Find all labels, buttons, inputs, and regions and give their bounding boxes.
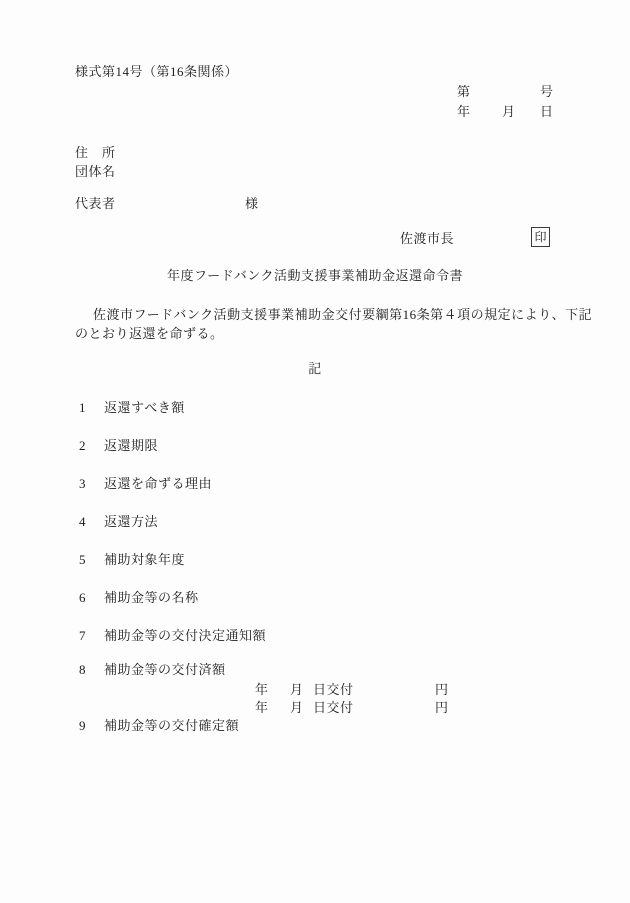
payment-month-label: 月 [290, 700, 304, 715]
payment-year-label: 年 [255, 682, 269, 697]
date-day-label: 日 [540, 104, 554, 119]
item-number: 5 [79, 552, 86, 567]
date-year-label: 年 [457, 104, 471, 119]
item-label: 返還を命ずる理由 [104, 476, 212, 491]
item-number: 9 [79, 718, 86, 733]
payment-currency-label: 円 [435, 682, 449, 697]
payment-day-delivered-label: 日交付 [313, 700, 354, 715]
payment-currency-label: 円 [435, 700, 449, 715]
item-number: 2 [79, 438, 86, 453]
body-line-2: のとおり返還を命ずる。 [75, 326, 224, 341]
representative-label: 代表者 [75, 196, 116, 211]
payment-day-delivered-label: 日交付 [313, 682, 354, 697]
record-heading: 記 [0, 361, 630, 376]
item-label: 補助金等の交付確定額 [104, 718, 239, 733]
item-label: 補助金等の交付済額 [104, 662, 226, 677]
recipient-organization-label: 団体名 [75, 164, 116, 179]
payment-month-label: 月 [290, 682, 304, 697]
item-label: 返還期限 [104, 438, 158, 453]
item-number: 8 [79, 662, 86, 677]
doc-number-suffix: 号 [540, 84, 554, 99]
item-number: 3 [79, 476, 86, 491]
item-number: 6 [79, 590, 86, 605]
payment-year-label: 年 [255, 700, 269, 715]
document-title: 年度フードバンク活動支援事業補助金返還命令書 [0, 268, 630, 283]
item-label: 補助金等の名称 [104, 590, 199, 605]
form-number: 様式第14号（第16条関係） [75, 64, 238, 79]
item-number: 1 [79, 400, 86, 415]
seal-stamp-box: 印 [531, 227, 550, 247]
item-number: 4 [79, 514, 86, 529]
item-number: 7 [79, 628, 86, 643]
doc-number-prefix: 第 [457, 84, 471, 99]
body-line-1: 佐渡市フードバンク活動支援事業補助金交付要綱第16条第４項の規定により、下記 [93, 307, 592, 322]
item-label: 補助対象年度 [104, 552, 185, 567]
item-label: 返還方法 [104, 514, 158, 529]
recipient-address-label: 住 所 [75, 145, 116, 160]
document-page: 様式第14号（第16条関係） 第 号 年 月 日 住 所 団体名 代表者 様 佐… [0, 0, 630, 903]
issuer-mayor-name: 佐渡市長 [400, 231, 454, 246]
item-label: 返還すべき額 [104, 400, 185, 415]
item-label: 補助金等の交付決定通知額 [104, 628, 266, 643]
honorific-sama: 様 [245, 196, 259, 211]
date-month-label: 月 [502, 104, 516, 119]
